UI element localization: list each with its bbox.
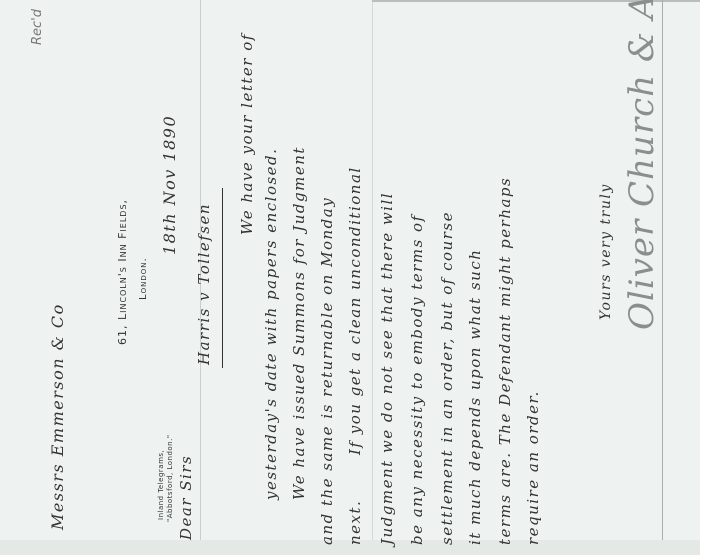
telegrams-label: Inland Telegrams, (157, 450, 165, 520)
body-line: yesterday's date with papers enclosed. (262, 148, 280, 500)
case-underline (222, 188, 223, 368)
body-line: and the same is returnable on Monday (318, 197, 336, 545)
addressee: Messrs Emmerson & Co (48, 303, 67, 530)
body-line: We have your letter of (238, 33, 256, 235)
letterhead-city: London. (138, 257, 149, 300)
body-line: terms are. The Defendant might perhaps (496, 177, 514, 545)
body-line: be any necessity to embody terms of (408, 214, 426, 545)
salutation: Dear Sirs (177, 455, 195, 540)
telegrams-address: "Abbotsford, London." (166, 434, 174, 522)
body-line: require an order. (524, 390, 542, 545)
body-line: it much depends upon what such (466, 249, 484, 545)
closing: Yours very truly (598, 183, 614, 320)
fold-line (662, 0, 663, 555)
body-line: next. (346, 500, 364, 545)
body-line: settlement in an order, but of course (438, 211, 456, 545)
case-reference: Harris v Tollefsen (195, 203, 213, 365)
body-line: We have issued Summons for Judgment (290, 146, 308, 500)
body-line: If you get a clean unconditional (346, 166, 364, 455)
pencil-note: Rec'd (30, 9, 45, 45)
letter-date: 18th Nov 1890 (160, 115, 179, 255)
letter-page: Rec'd Messrs Emmerson & Co 61, Lincoln's… (0, 0, 700, 555)
fold-line (372, 0, 373, 555)
signature: Oliver Church & Adams (622, 0, 662, 330)
letterhead-address: 61, Lincoln's Inn Fields, (116, 199, 129, 345)
body-line: Judgment we do not see that there will (378, 192, 396, 545)
